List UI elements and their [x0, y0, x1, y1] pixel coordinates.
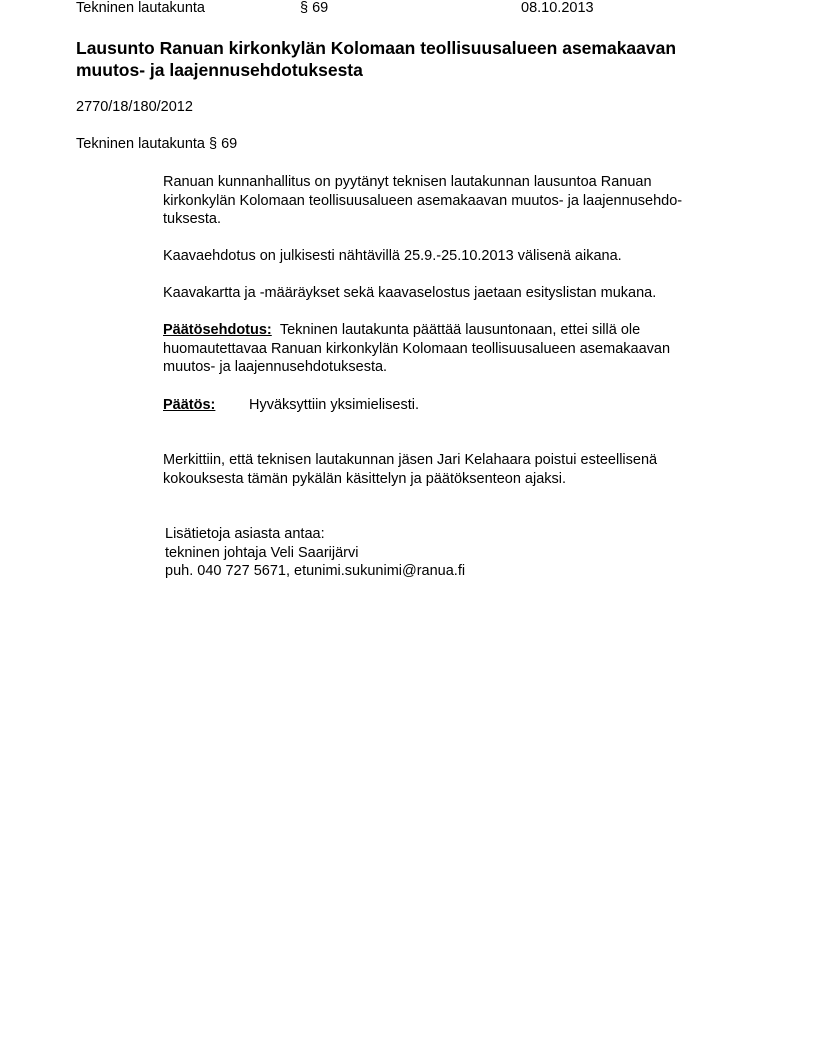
header-committee: Tekninen lautakunta	[76, 0, 205, 16]
header-date: 08.10.2013	[521, 0, 594, 16]
committee-section: Tekninen lautakunta § 69	[76, 136, 237, 152]
record-id: 2770/18/180/2012	[76, 99, 193, 115]
intro-paragraph: Ranuan kunnanhallitus on pyytänyt teknis…	[163, 173, 753, 229]
contact-info: Lisätietoja asiasta antaa: tekninen joht…	[165, 525, 465, 581]
decision-text: Hyväksyttiin yksimielisesti.	[249, 396, 419, 415]
attachments-paragraph: Kaavakartta ja -määräykset sekä kaavasel…	[163, 284, 753, 303]
decision-paragraph: Päätös: Hyväksyttiin yksimielisesti.	[163, 396, 753, 415]
decision-label: Päätös:	[163, 397, 215, 413]
note-paragraph: Merkittiin, että teknisen lautakunnan jä…	[163, 451, 753, 488]
header-section: § 69	[300, 0, 328, 16]
proposal-label: Päätösehdotus:	[163, 322, 272, 338]
proposal-paragraph: Päätösehdotus: Tekninen lautakunta päätt…	[163, 321, 753, 377]
document-title: Lausunto Ranuan kirkonkylän Kolomaan teo…	[76, 37, 776, 81]
availability-paragraph: Kaavaehdotus on julkisesti nähtävillä 25…	[163, 247, 753, 266]
